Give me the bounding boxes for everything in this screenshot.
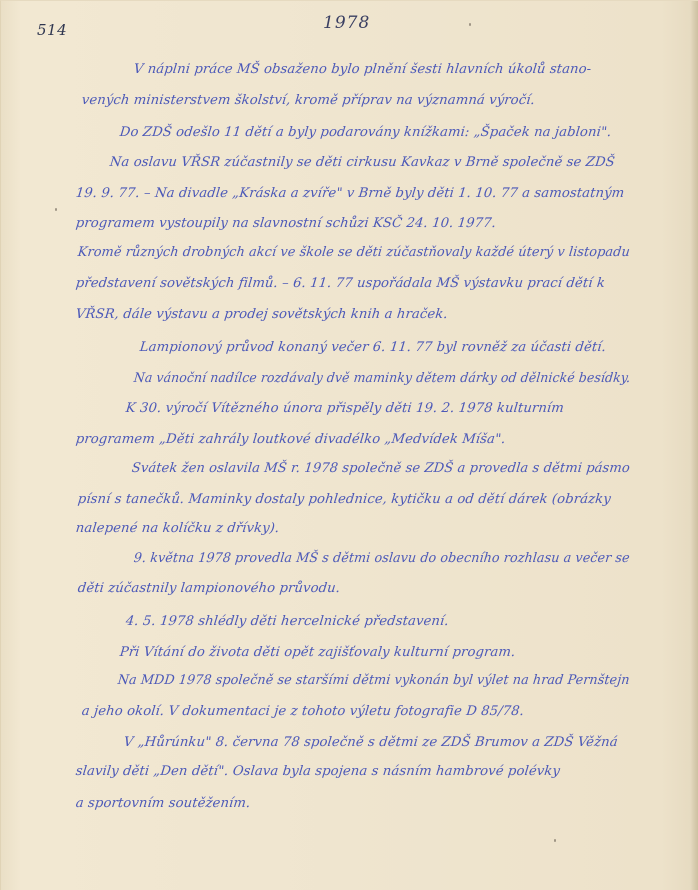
year-heading: 1978 [323, 13, 370, 33]
text-line: děti zúčastnily lampionového průvodu. [77, 581, 341, 596]
text-line: programem vystoupily na slavnostní schůz… [75, 216, 497, 231]
text-line: a jeho okolí. V dokumentaci je z tohoto … [81, 704, 525, 719]
text-line: 19. 9. 77. – Na divadle „Kráska a zvíře"… [75, 186, 625, 201]
page-number: 514 [37, 21, 67, 39]
text-line: Na MDD 1978 společně se staršími dětmi v… [117, 673, 630, 688]
text-line: nalepené na kolíčku z dřívky). [75, 521, 280, 536]
text-line: Lampionový průvod konaný večer 6. 11. 77… [139, 340, 607, 355]
text-line: Svátek žen oslavila MŠ r. 1978 společně … [131, 461, 631, 476]
text-line: Na vánoční nadílce rozdávaly dvě maminky… [133, 371, 631, 386]
text-line: Při Vítání do života děti opět zajišťova… [119, 645, 516, 660]
text-line: Do ZDŠ odešlo 11 dětí a byly podarovány … [119, 125, 612, 140]
text-line: vených ministerstvem školství, kromě pří… [81, 93, 536, 108]
text-line: V „Hůrúnku" 8. června 78 společně s dětm… [123, 735, 618, 750]
paper-speck [469, 23, 471, 26]
text-line: 4. 5. 1978 shlédly děti hercelnické před… [125, 614, 449, 629]
text-line: slavily děti „Den dětí". Oslava byla spo… [75, 764, 561, 779]
paper-speck [55, 208, 57, 211]
handwritten-chronicle-page: 514 1978 V náplni práce MŠ obsaženo bylo… [0, 0, 698, 890]
text-line: V náplni práce MŠ obsaženo bylo plnění š… [133, 62, 592, 77]
text-line: písní s tanečků. Maminky dostaly pohledn… [77, 492, 612, 507]
text-line: Na oslavu VŘSR zúčastnily se děti cirkus… [109, 155, 616, 170]
text-line: Kromě různých drobných akcí ve škole se … [77, 245, 631, 260]
paper-speck [554, 839, 556, 842]
text-line: VŘSR, dále výstavu a prodej sovětských k… [75, 307, 448, 322]
text-line: představení sovětských filmů. – 6. 11. 7… [75, 276, 606, 291]
text-line: a sportovním soutěžením. [75, 796, 251, 811]
text-line: K 30. výročí Vítězného února přispěly dě… [125, 401, 565, 416]
text-line: 9. května 1978 provedla MŠ s dětmi oslav… [133, 551, 630, 566]
text-line: programem „Děti zahrály loutkové divadél… [75, 432, 506, 447]
